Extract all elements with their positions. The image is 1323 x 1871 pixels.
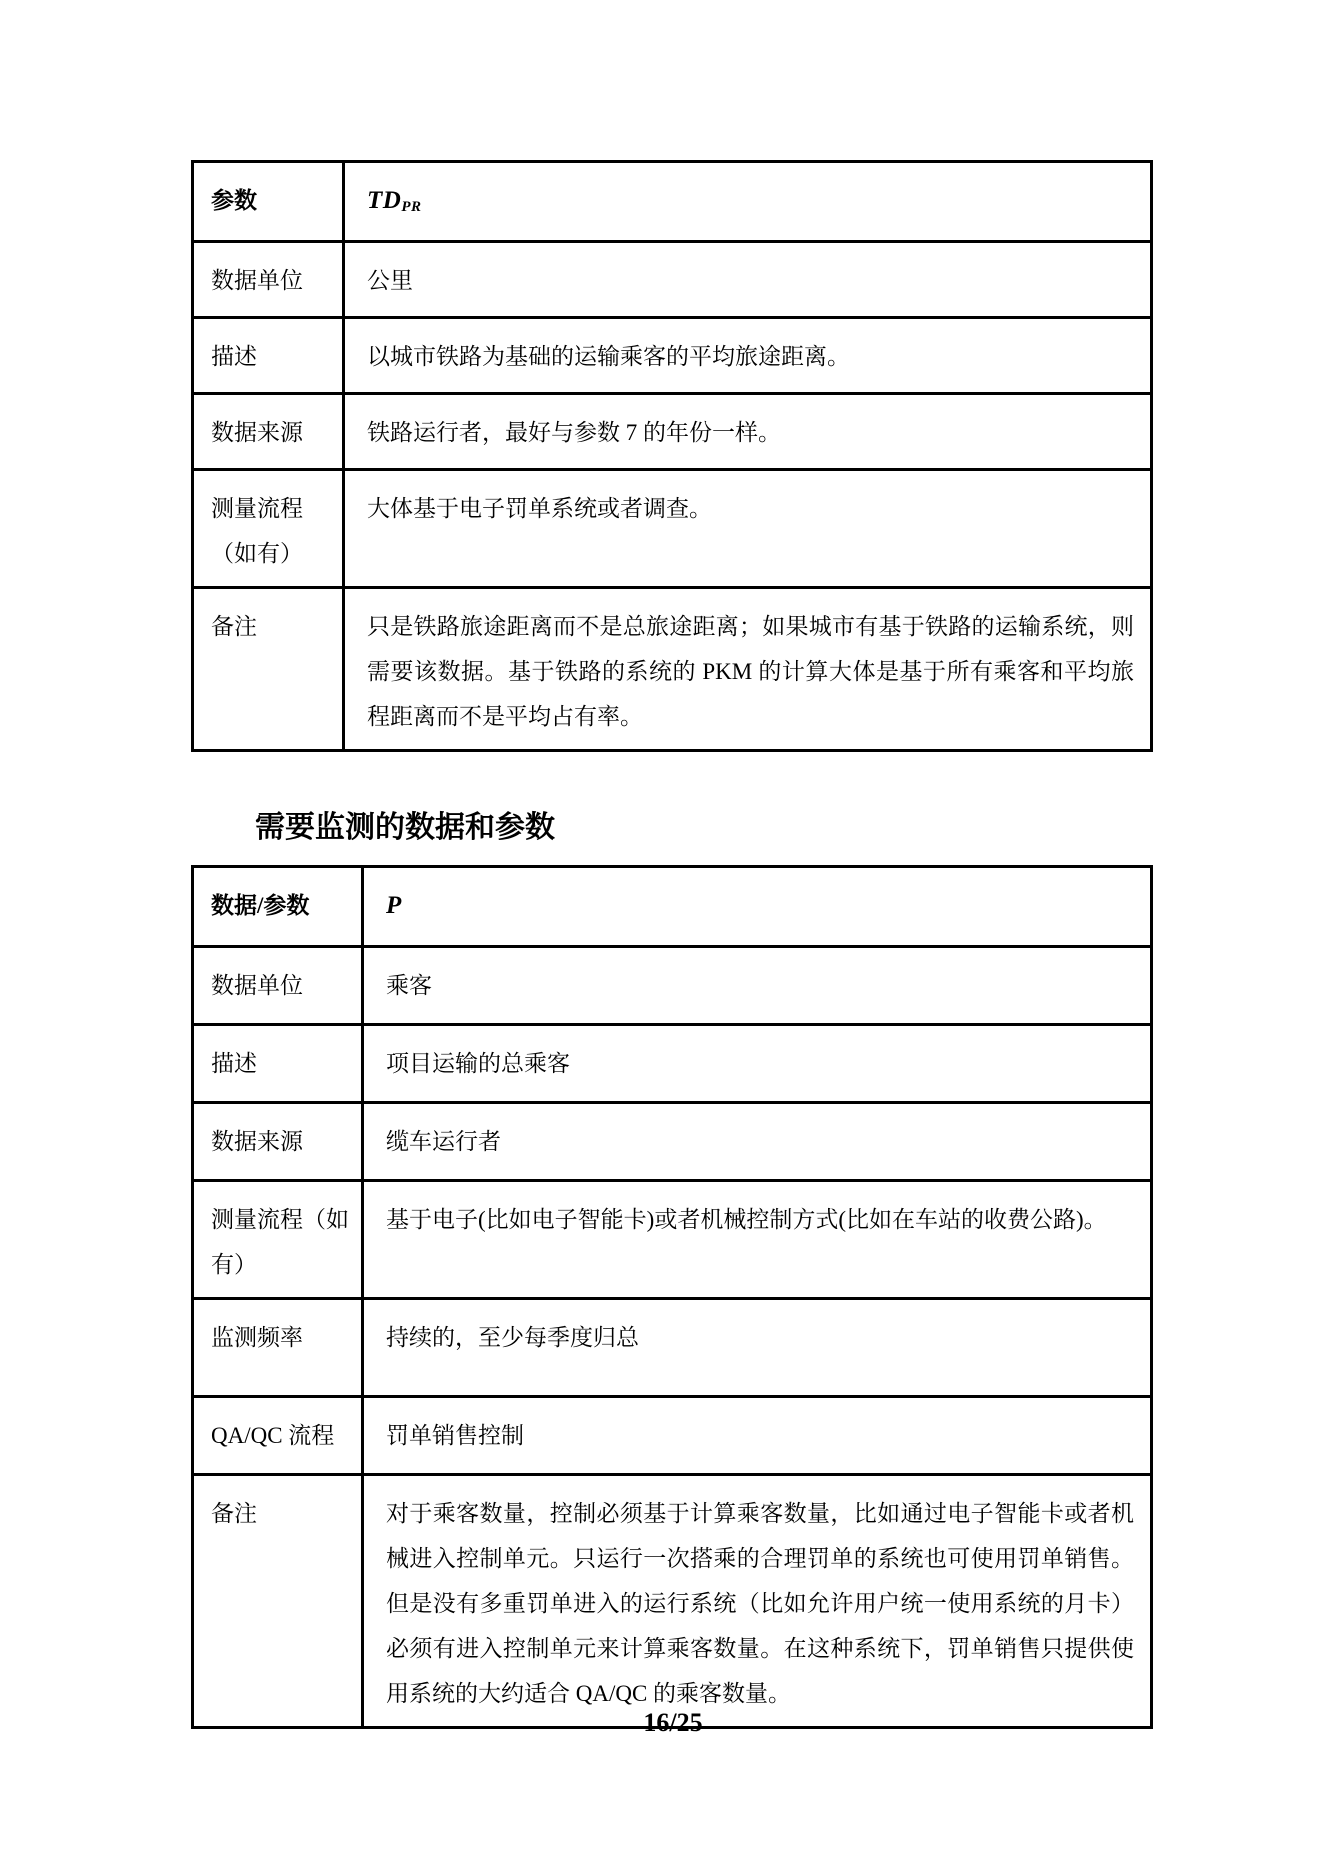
- table-row: 描述 项目运输的总乘客: [193, 1025, 1152, 1103]
- parameter-table-tdpr: 参数 TDPR 数据单位 公里 描述 以城市铁路为基础的运输乘客的平均旅途距离。…: [191, 160, 1153, 752]
- page-number: 16/25: [0, 1708, 1323, 1738]
- row-label: 描述: [193, 1025, 363, 1103]
- row-value: 铁路运行者，最好与参数 7 的年份一样。: [344, 394, 1152, 470]
- row-value: 基于电子(比如电子智能卡)或者机械控制方式(比如在车站的收费公路)。: [363, 1181, 1152, 1299]
- table-row: 测量流程（如有） 大体基于电子罚单系统或者调查。: [193, 470, 1152, 588]
- row-value: 对于乘客数量，控制必须基于计算乘客数量，比如通过电子智能卡或者机械进入控制单元。…: [363, 1475, 1152, 1728]
- row-value: 公里: [344, 242, 1152, 318]
- document-page: 参数 TDPR 数据单位 公里 描述 以城市铁路为基础的运输乘客的平均旅途距离。…: [0, 0, 1323, 1871]
- row-value: 罚单销售控制: [363, 1397, 1152, 1475]
- row-value: 缆车运行者: [363, 1103, 1152, 1181]
- row-value: 持续的，至少每季度归总: [363, 1299, 1152, 1397]
- table-row: 备注 只是铁路旅途距离而不是总旅途距离；如果城市有基于铁路的运输系统，则需要该数…: [193, 588, 1152, 751]
- table-row: 数据来源 铁路运行者，最好与参数 7 的年份一样。: [193, 394, 1152, 470]
- table-row: 测量流程（如有） 基于电子(比如电子智能卡)或者机械控制方式(比如在车站的收费公…: [193, 1181, 1152, 1299]
- table-row: 参数 TDPR: [193, 162, 1152, 242]
- row-label: 测量流程（如有）: [193, 470, 344, 588]
- parameter-table-p: 数据/参数 P 数据单位 乘客 描述 项目运输的总乘客 数据来源 缆车运行者 测…: [191, 865, 1153, 1729]
- row-label: 数据/参数: [193, 867, 363, 947]
- table-row: 备注 对于乘客数量，控制必须基于计算乘客数量，比如通过电子智能卡或者机械进入控制…: [193, 1475, 1152, 1728]
- row-label: 数据单位: [193, 947, 363, 1025]
- row-value: 乘客: [363, 947, 1152, 1025]
- table-row: 监测频率 持续的，至少每季度归总: [193, 1299, 1152, 1397]
- row-value: 项目运输的总乘客: [363, 1025, 1152, 1103]
- row-label: 描述: [193, 318, 344, 394]
- row-label: 监测频率: [193, 1299, 363, 1397]
- row-value: 只是铁路旅途距离而不是总旅途距离；如果城市有基于铁路的运输系统，则需要该数据。基…: [344, 588, 1152, 751]
- table-row: 数据单位 乘客: [193, 947, 1152, 1025]
- row-label: 备注: [193, 1475, 363, 1728]
- row-value: P: [363, 867, 1152, 947]
- table-row: 数据来源 缆车运行者: [193, 1103, 1152, 1181]
- table-row: 描述 以城市铁路为基础的运输乘客的平均旅途距离。: [193, 318, 1152, 394]
- row-value: 以城市铁路为基础的运输乘客的平均旅途距离。: [344, 318, 1152, 394]
- parameter-subscript: PR: [401, 199, 421, 215]
- row-label: 数据来源: [193, 394, 344, 470]
- row-label: 测量流程（如有）: [193, 1181, 363, 1299]
- section-heading: 需要监测的数据和参数: [255, 806, 555, 850]
- table-row: QA/QC 流程 罚单销售控制: [193, 1397, 1152, 1475]
- row-label: 参数: [193, 162, 344, 242]
- row-label: QA/QC 流程: [193, 1397, 363, 1475]
- row-label: 备注: [193, 588, 344, 751]
- row-label: 数据单位: [193, 242, 344, 318]
- row-label: 数据来源: [193, 1103, 363, 1181]
- table-row: 数据单位 公里: [193, 242, 1152, 318]
- table-row: 数据/参数 P: [193, 867, 1152, 947]
- row-value: TDPR: [344, 162, 1152, 242]
- parameter-symbol: P: [386, 892, 402, 919]
- row-value: 大体基于电子罚单系统或者调查。: [344, 470, 1152, 588]
- parameter-symbol: TDPR: [367, 187, 422, 214]
